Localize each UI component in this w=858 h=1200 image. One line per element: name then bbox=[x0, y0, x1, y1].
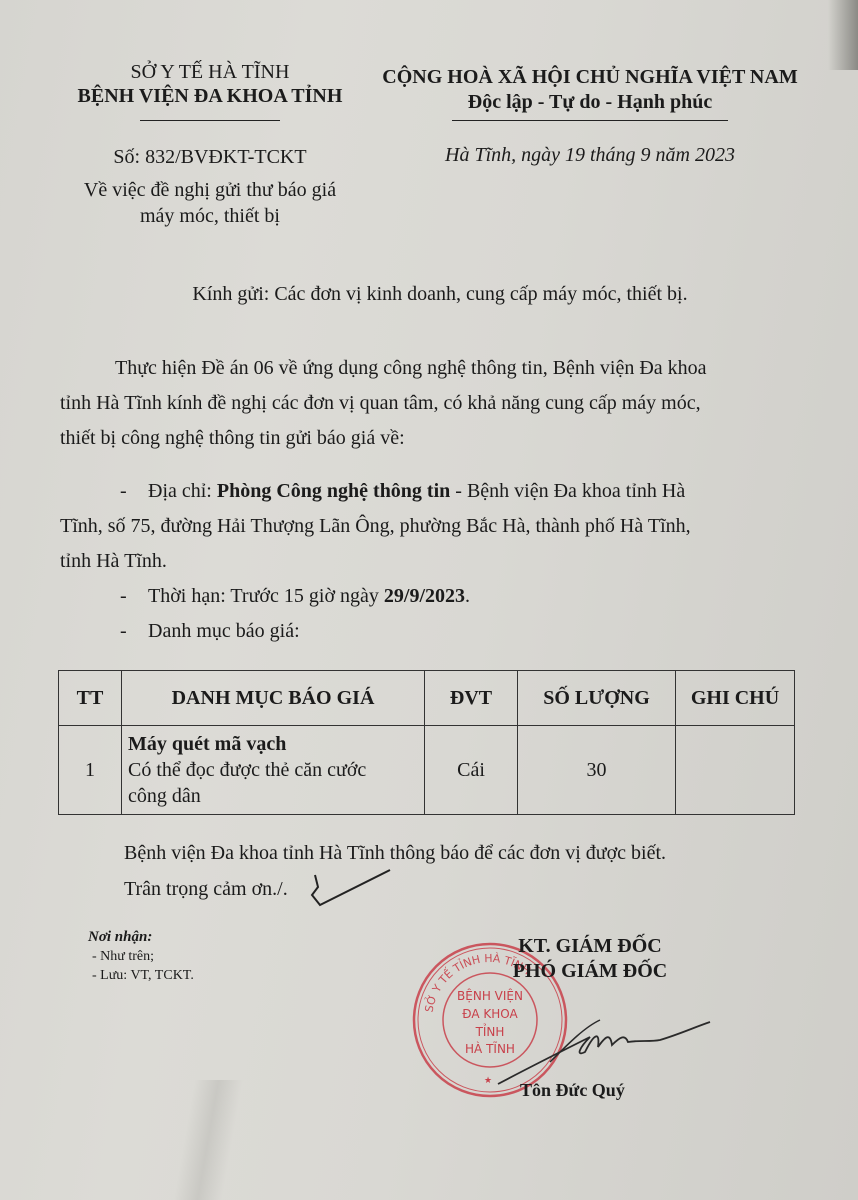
cell-unit: Cái bbox=[425, 726, 518, 815]
col-header-unit: ĐVT bbox=[425, 671, 518, 726]
address-text: Tĩnh, số 75, đường Hải Thượng Lãn Ông, p… bbox=[60, 509, 800, 544]
recipients-title: Nơi nhận: bbox=[88, 928, 194, 947]
national-header: CỘNG HOÀ XÃ HỘI CHỦ NGHĨA VIỆT NAM Độc l… bbox=[362, 64, 818, 167]
col-header-tt: TT bbox=[59, 671, 122, 726]
stamp-line: BỆNH VIỆN bbox=[457, 988, 523, 1003]
recipient-item: - Lưu: VT, TCKT. bbox=[88, 966, 194, 985]
motto-divider bbox=[452, 120, 728, 121]
deadline-item: -Thời hạn: Trước 15 giờ ngày 29/9/2023. bbox=[60, 579, 800, 614]
initial-mark-icon bbox=[310, 865, 400, 915]
col-header-note: GHI CHÚ bbox=[676, 671, 795, 726]
punctuation: . bbox=[465, 585, 470, 607]
organization-name: BỆNH VIỆN ĐA KHOA TỈNH bbox=[60, 84, 360, 108]
table-header-row: TT DANH MỤC BÁO GIÁ ĐVT SỐ LƯỢNG GHI CHÚ bbox=[59, 671, 795, 726]
subject-line: máy móc, thiết bị bbox=[60, 203, 360, 229]
cell-item: Máy quét mã vạch Có thể đọc được thẻ căn… bbox=[122, 726, 425, 815]
item-description: Có thể đọc được thẻ căn cước công dân bbox=[128, 757, 378, 809]
quote-list-label: Danh mục báo giá: bbox=[148, 620, 300, 642]
recipient-item: - Như trên; bbox=[88, 947, 194, 966]
issuer-header: SỞ Y TẾ HÀ TĨNH BỆNH VIỆN ĐA KHOA TỈNH S… bbox=[60, 60, 360, 229]
document-number: Số: 832/BVĐKT-TCKT bbox=[60, 145, 360, 169]
bullet-list: -Địa chỉ: Phòng Công nghệ thông tin - Bệ… bbox=[60, 474, 800, 649]
cell-note bbox=[676, 726, 795, 815]
recipients-block: Nơi nhận: - Như trên; - Lưu: VT, TCKT. bbox=[88, 928, 194, 985]
address-text: - Bệnh viện Đa khoa tỉnh Hà bbox=[450, 480, 685, 502]
address-item: -Địa chỉ: Phòng Công nghệ thông tin - Bệ… bbox=[60, 474, 800, 509]
quote-table: TT DANH MỤC BÁO GIÁ ĐVT SỐ LƯỢNG GHI CHÚ… bbox=[58, 670, 795, 815]
place-date: Hà Tĩnh, ngày 19 tháng 9 năm 2023 bbox=[362, 143, 818, 167]
signer-name: Tôn Đức Quý bbox=[520, 1080, 625, 1101]
paper-crease bbox=[130, 1080, 270, 1200]
body-paragraph: Thực hiện Đề án 06 về ứng dụng công nghệ… bbox=[60, 351, 800, 456]
address-label: Địa chỉ: bbox=[148, 480, 217, 502]
list-item-label: -Danh mục báo giá: bbox=[60, 614, 800, 649]
header-divider bbox=[140, 120, 280, 121]
table-row: 1 Máy quét mã vạch Có thể đọc được thẻ c… bbox=[59, 726, 795, 815]
signature-title-line: KT. GIÁM ĐỐC bbox=[500, 934, 680, 959]
item-name: Máy quét mã vạch bbox=[128, 731, 423, 757]
bullet-dash: - bbox=[120, 579, 148, 614]
cell-quantity: 30 bbox=[518, 726, 676, 815]
bullet-dash: - bbox=[120, 474, 148, 509]
recipient-line: Kính gửi: Các đơn vị kinh doanh, cung cấ… bbox=[60, 283, 820, 306]
subject-line: Về việc đề nghị gửi thư báo giá bbox=[60, 177, 360, 203]
bullet-dash: - bbox=[120, 614, 148, 649]
col-header-quantity: SỐ LƯỢNG bbox=[518, 671, 676, 726]
national-title: CỘNG HOÀ XÃ HỘI CHỦ NGHĨA VIỆT NAM bbox=[362, 64, 818, 90]
body-line: Thực hiện Đề án 06 về ứng dụng công nghệ… bbox=[60, 351, 800, 386]
signature-title-line: PHÓ GIÁM ĐỐC bbox=[500, 959, 680, 984]
body-line: thiết bị công nghệ thông tin gửi báo giá… bbox=[60, 421, 800, 456]
address-department: Phòng Công nghệ thông tin bbox=[217, 480, 450, 502]
cell-tt: 1 bbox=[59, 726, 122, 815]
subject: Về việc đề nghị gửi thư báo giá máy móc,… bbox=[60, 177, 360, 229]
motto: Độc lập - Tự do - Hạnh phúc bbox=[362, 90, 818, 114]
address-text: tỉnh Hà Tĩnh. bbox=[60, 544, 800, 579]
col-header-item: DANH MỤC BÁO GIÁ bbox=[122, 671, 425, 726]
page-shadow bbox=[828, 0, 858, 70]
body-line: tỉnh Hà Tĩnh kính đề nghị các đơn vị qua… bbox=[60, 386, 800, 421]
department-name: SỞ Y TẾ HÀ TĨNH bbox=[60, 60, 360, 84]
deadline-date: 29/9/2023 bbox=[384, 585, 465, 607]
signature-title: KT. GIÁM ĐỐC PHÓ GIÁM ĐỐC bbox=[500, 934, 680, 984]
deadline-label: Thời hạn: Trước 15 giờ ngày bbox=[148, 585, 384, 607]
